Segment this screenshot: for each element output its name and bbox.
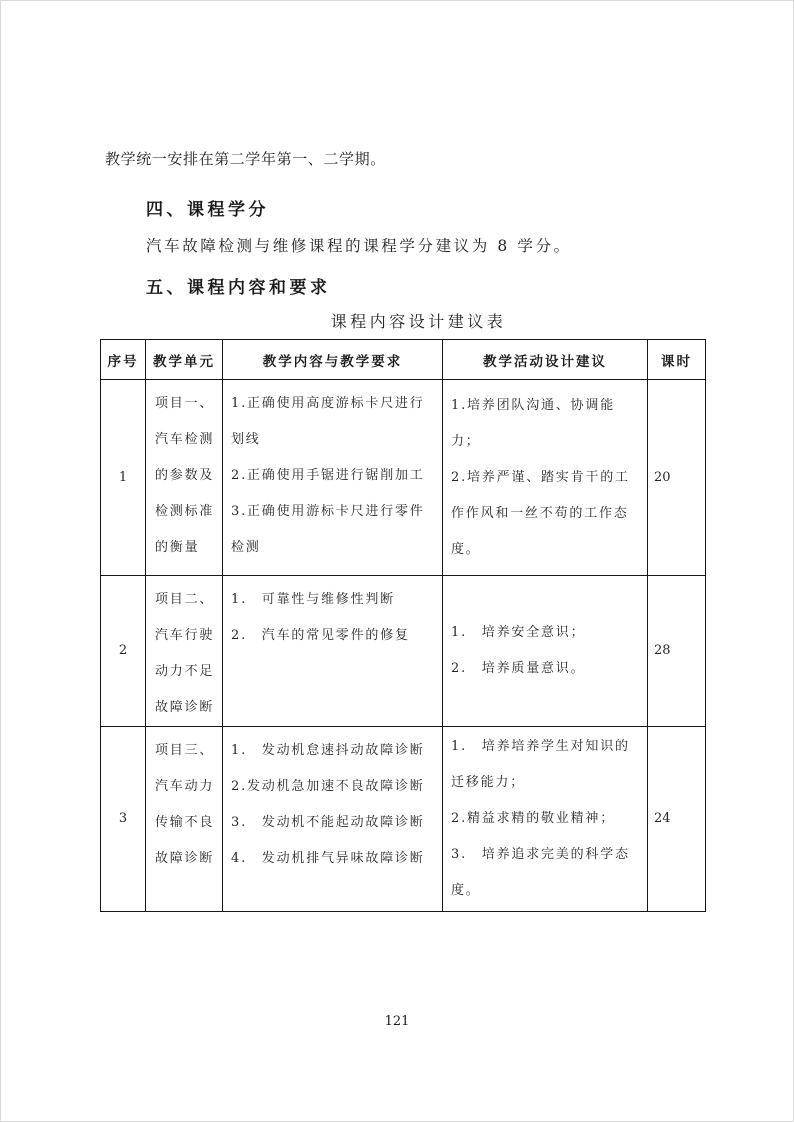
unit-cell: 项目一、汽车检测的参数及检测标准的衡量 [146, 380, 223, 576]
course-content-table: 序号 教学单元 教学内容与教学要求 教学活动设计建议 课时 1 项目一、汽车检测… [100, 339, 706, 912]
content-cell: 1. 可靠性与维修性判断 2. 汽车的常见零件的修复 [223, 576, 443, 727]
content-item: 1. 发动机怠速抖动故障诊断 [231, 733, 436, 769]
header-cell-unit: 教学单元 [146, 340, 223, 380]
table-row: 3 项目三、汽车动力传输不良故障诊断 1. 发动机怠速抖动故障诊断 2.发动机急… [101, 727, 706, 912]
header-cell-hours: 课时 [648, 340, 706, 380]
hours-cell: 28 [648, 576, 706, 727]
intro-paragraph: 教学统一安排在第二学年第一、二学期。 [105, 148, 386, 170]
document-page: 教学统一安排在第二学年第一、二学期。 四、课程学分 汽车故障检测与维修课程的课程… [0, 0, 794, 1122]
hours-cell: 20 [648, 380, 706, 576]
activities-cell: 1.培养团队沟通、协调能力； 2.培养严谨、踏实肯干的工作作风和一丝不苟的工作态… [443, 380, 648, 576]
section-content-heading: 五、课程内容和要求 [146, 273, 331, 298]
unit-cell: 项目三、汽车动力传输不良故障诊断 [146, 727, 223, 912]
header-cell-activities: 教学活动设计建议 [443, 340, 648, 380]
content-item: 4. 发动机排气异味故障诊断 [231, 841, 436, 877]
header-cell-content: 教学内容与教学要求 [223, 340, 443, 380]
hours-cell: 24 [648, 727, 706, 912]
activity-item: 1.培养团队沟通、协调能力； [451, 388, 643, 460]
table-title: 课程内容设计建议表 [100, 309, 705, 332]
content-item: 2.正确使用手锯进行锯削加工 [231, 458, 436, 494]
content-item: 2.发动机急加速不良故障诊断 [231, 769, 436, 805]
page-number: 121 [1, 1014, 793, 1029]
activity-item: 2.精益求精的敬业精神； [451, 801, 643, 837]
row-number-cell: 3 [101, 727, 146, 912]
content-item: 1.正确使用高度游标卡尺进行划线 [231, 386, 436, 458]
content-item: 3. 发动机不能起动故障诊断 [231, 805, 436, 841]
activity-item: 2.培养严谨、踏实肯干的工作作风和一丝不苟的工作态度。 [451, 460, 643, 568]
activity-item: 2. 培养质量意识。 [451, 651, 643, 687]
table-row: 2 项目二、汽车行驶动力不足故障诊断 1. 可靠性与维修性判断 2. 汽车的常见… [101, 576, 706, 727]
content-item: 3.正确使用游标卡尺进行零件检测 [231, 494, 436, 566]
table-row: 1 项目一、汽车检测的参数及检测标准的衡量 1.正确使用高度游标卡尺进行划线 2… [101, 380, 706, 576]
content-cell: 1.正确使用高度游标卡尺进行划线 2.正确使用手锯进行锯削加工 3.正确使用游标… [223, 380, 443, 576]
content-item: 2. 汽车的常见零件的修复 [231, 618, 436, 654]
activity-item: 1. 培养培养学生对知识的迁移能力； [451, 729, 643, 801]
credits-paragraph: 汽车故障检测与维修课程的课程学分建议为 8 学分。 [146, 234, 572, 256]
activities-cell: 1. 培养安全意识； 2. 培养质量意识。 [443, 576, 648, 727]
activity-item: 1. 培养安全意识； [451, 615, 643, 651]
table-header-row: 序号 教学单元 教学内容与教学要求 教学活动设计建议 课时 [101, 340, 706, 380]
content-item: 1. 可靠性与维修性判断 [231, 582, 436, 618]
row-number-cell: 1 [101, 380, 146, 576]
row-number-cell: 2 [101, 576, 146, 727]
section-credits-heading: 四、课程学分 [146, 195, 269, 220]
unit-cell: 项目二、汽车行驶动力不足故障诊断 [146, 576, 223, 727]
activities-cell: 1. 培养培养学生对知识的迁移能力； 2.精益求精的敬业精神； 3. 培养追求完… [443, 727, 648, 912]
header-cell-no: 序号 [101, 340, 146, 380]
activity-item: 3. 培养追求完美的科学态度。 [451, 837, 643, 909]
content-cell: 1. 发动机怠速抖动故障诊断 2.发动机急加速不良故障诊断 3. 发动机不能起动… [223, 727, 443, 912]
